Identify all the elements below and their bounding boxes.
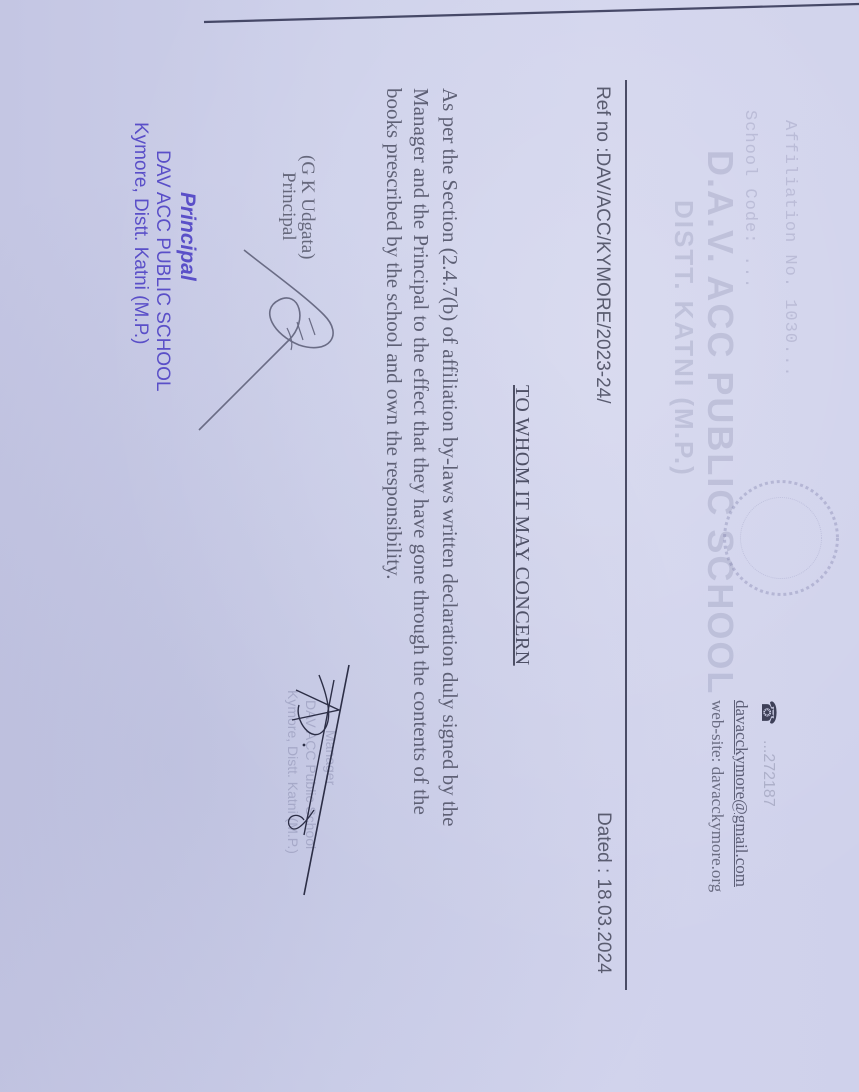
email-link[interactable]: davacckymore@gmail.com: [731, 700, 751, 887]
website-text[interactable]: web-site: davacckymore.org: [707, 700, 727, 892]
manager-stamp-school: DAV ACC Public School: [303, 700, 319, 849]
body-line-1: As per the Section (2.4.7(b) of affiliat…: [437, 88, 462, 827]
body-line-3: books prescribed by the school and own t…: [381, 88, 406, 579]
ghost-school-name: D.A.V. ACC PUBLIC SCHOOL: [699, 150, 741, 695]
ghost-affiliation: Affiliation No. 1030...: [780, 120, 799, 378]
header-rule: [625, 80, 627, 990]
principal-name: (G K Udgata): [296, 155, 318, 259]
ghost-seal: [723, 480, 839, 596]
reference-number: Ref no :DAV/ACC/KYMORE/2023-24/: [591, 86, 613, 404]
manager-stamp-title: Manager: [323, 730, 339, 785]
stamp-address: Kymore, Distt. Katni (M.P.): [129, 122, 151, 344]
stamp-school-name: DAV ACC PUBLIC SCHOOL: [151, 150, 173, 391]
phone-number-ghost: ...272187: [759, 740, 777, 807]
ghost-district: DISTT. KATNI (M.P.): [668, 200, 699, 477]
ghost-school-code: School Code: ...: [740, 110, 759, 289]
date: Dated : 18.03.2024: [592, 812, 614, 974]
document-heading: TO WHOM IT MAY CONCERN: [510, 385, 533, 666]
principal-signature: [189, 240, 349, 440]
body-line-2: Manager and the Principal to the effect …: [408, 88, 433, 815]
rotated-document: Affiliation No. 1030... School Code: ...…: [0, 0, 859, 1092]
principal-title: Principal: [277, 172, 299, 241]
telephone-icon: ☎: [756, 700, 781, 725]
stamp-principal-title: Principal: [175, 192, 199, 281]
manager-stamp-address: Kymore, Distt. Katni (M.P.): [285, 690, 301, 854]
